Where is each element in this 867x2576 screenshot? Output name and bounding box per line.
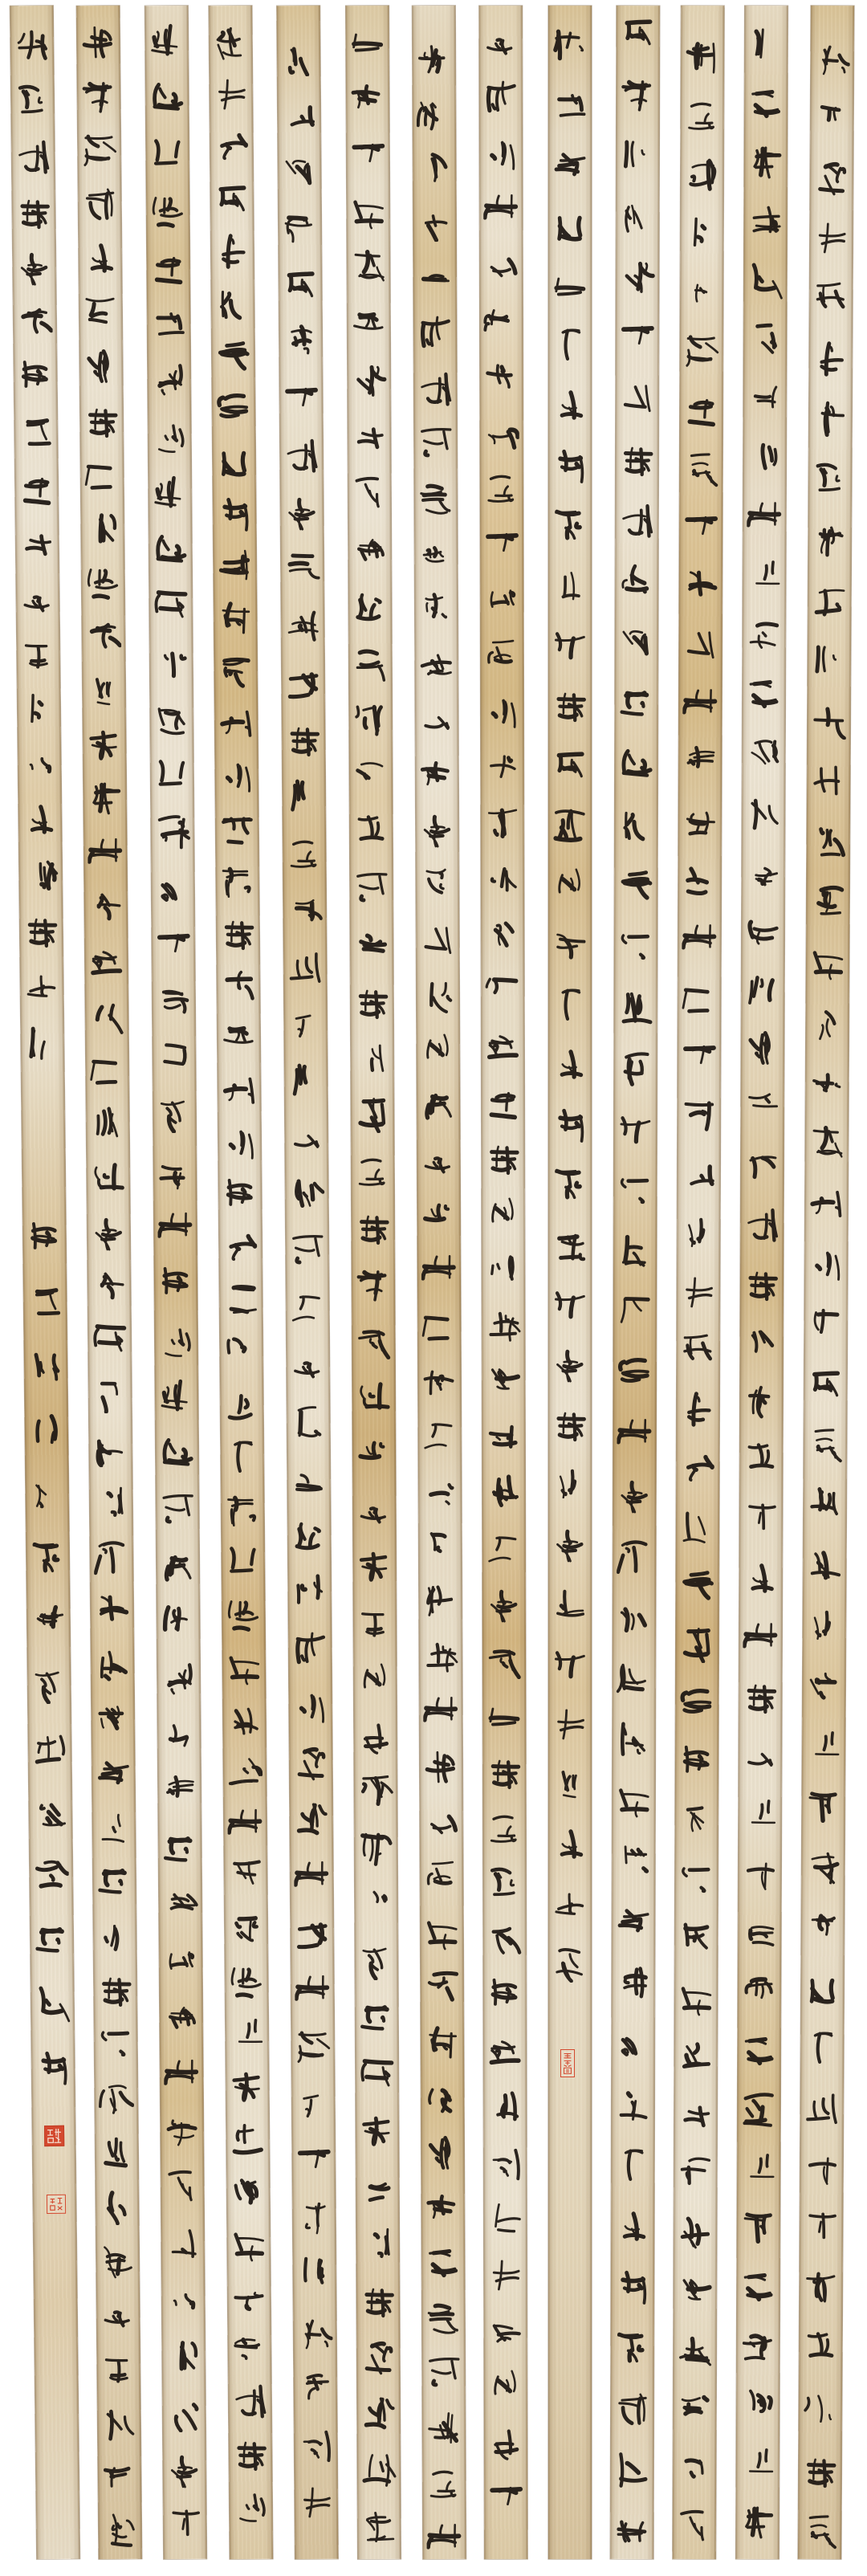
bamboo-slip: 初了也而古今遂然尝生於贫穷遇阳庙吏为去夜人为岂知多某张说作宋璟遗爱碑在文所说备实… [346,6,401,2559]
calligraphy-character: 文 [34,1922,69,1958]
calligraphy-character: 耳 [25,1023,60,1060]
calligraphy-character: 昨 [618,806,653,843]
calligraphy-character: 也 [350,137,385,173]
calligraphy-character: 以 [15,138,51,175]
calligraphy-character: 大 [746,793,781,830]
calligraphy-character: 月 [813,340,849,377]
bamboo-slip: 照人微小黛可亦镜也我比之乱豕形之法也绍圣二年正月十六日夜读东皋子传而慨然追酒恭高… [673,6,725,2559]
calligraphy-character: 不 [420,811,455,848]
calligraphy-character: 初 [486,1698,522,1734]
calligraphy-character: 乱 [161,1774,197,1811]
calligraphy-character: 不 [91,1213,126,1250]
calligraphy-character: 亦 [684,391,719,428]
calligraphy-character: 州 [484,693,519,730]
calligraphy-character: 汉 [216,442,251,479]
calligraphy-character: 往 [620,137,655,173]
calligraphy-character: 以 [417,370,453,407]
calligraphy-character: 於 [291,1517,327,1554]
calligraphy-character: 自 [487,1865,523,1902]
calligraphy-character: 出 [804,2211,839,2248]
calligraphy-character: 菽 [746,735,781,772]
calligraphy-character: 璟 [358,1718,393,1755]
calligraphy-column: 清如明左龙右虎辅之其字如菽大杂篆隶甚精妙以为轻南阳出此之为世其铜黑色如漆其背如刻… [740,26,784,2541]
calligraphy-character: 醉 [102,2513,137,2550]
calligraphy-character: 此 [615,2207,650,2244]
calligraphy-character: 寿 [484,358,519,395]
calligraphy-character: 春 [152,418,187,455]
calligraphy-character: 十 [222,1229,258,1266]
calligraphy-character: 之 [617,1416,652,1453]
calligraphy-character: 才 [420,866,455,903]
calligraphy-character: 部 [92,1376,128,1413]
calligraphy-character: 堂 [421,1086,456,1123]
calligraphy-character: 荒 [230,2121,266,2158]
calligraphy-character: 年 [681,1274,716,1310]
calligraphy-character: 尝 [677,2509,712,2545]
calligraphy-character: 瞻 [99,2080,134,2117]
calligraphy-character: 王 [228,1910,263,1947]
calligraphy-character: 文 [162,1830,197,1867]
calligraphy-character: 获 [808,1306,844,1343]
calligraphy-character: 不 [167,2452,202,2488]
calligraphy-character: 格 [287,892,323,929]
calligraphy-character: 如 [741,2268,776,2305]
calligraphy-character: 间 [552,927,588,964]
calligraphy-character: 鞅 [614,2513,649,2550]
calligraphy-character: 为 [220,915,255,952]
calligraphy-character: 吏 [354,927,389,964]
calligraphy-character: 以 [232,2382,267,2419]
calligraphy-character: 法 [89,1051,124,1088]
calligraphy-character: 遇 [353,757,389,794]
calligraphy-character: 可 [81,132,116,169]
calligraphy-character: 世 [743,1738,778,1775]
calligraphy-character: 楷 [165,2282,201,2319]
calligraphy-character: 法 [421,1307,457,1344]
calligraphy-character: 古 [351,249,386,286]
calligraphy-character: 废 [617,1660,652,1697]
calligraphy-character: 书 [552,1107,588,1143]
calligraphy-character: 楷 [22,746,57,783]
calligraphy-character: 人 [486,1809,522,1846]
calligraphy-character: 初 [350,23,385,60]
calligraphy-character: 画 [22,857,58,894]
calligraphy-character: 今 [351,306,386,343]
calligraphy-character: 庙 [426,2354,462,2391]
calligraphy-character: 清 [748,26,784,63]
calligraphy-character: 龙 [747,263,783,300]
calligraphy-character: 特 [552,1946,588,1983]
calligraphy-character: 申 [149,23,185,60]
calligraphy-character: 张 [291,1347,326,1384]
calligraphy-character: 末 [97,1917,132,1954]
calligraphy-character: 不 [17,248,52,285]
calligraphy-character: 背 [741,2209,776,2246]
calligraphy-character: 封 [153,644,189,681]
calligraphy-column: 七年十一月昨日读汉书地理志黄州乃邾为县今黄州东十五里许有邾故城而俗谓之女王城其说… [213,23,269,2525]
calligraphy-character: 黑 [742,1914,777,1951]
calligraphy-character: 长 [99,2134,134,2170]
calligraphy-character: 为 [619,441,654,478]
calligraphy-character: 以 [744,1206,779,1243]
calligraphy-character: 盖 [418,590,454,627]
calligraphy-character: 坡 [18,414,54,451]
calligraphy-character: 庙 [354,870,389,907]
calligraphy-character: 也 [296,2142,332,2179]
calligraphy-character: 世 [419,701,454,738]
calligraphy-character: 在 [157,1096,192,1133]
calligraphy-character: 收 [95,1647,130,1684]
calligraphy-character: 州 [293,1687,328,1724]
calligraphy-character: 杂 [746,852,781,889]
calligraphy-character: 日 [618,867,653,904]
calligraphy-character: 照 [685,39,720,75]
calligraphy-character: 玉 [740,2386,775,2423]
calligraphy-character: 史 [422,1417,458,1454]
calligraphy-character: 往 [812,642,847,679]
calligraphy-character: 六 [680,1509,715,1546]
calligraphy-character: 一 [283,267,318,304]
calligraphy-character: 虎 [747,381,783,418]
calligraphy-character: 年 [552,1706,588,1742]
calligraphy-character: 恐 [425,1969,460,2006]
calligraphy-character: 出 [167,2508,202,2545]
calligraphy-character: 豕 [682,803,718,840]
calligraphy-character: 后 [14,27,50,64]
calligraphy-character: 拯 [418,536,454,573]
calligraphy-character: 黄 [218,705,254,742]
seal-glyph-icon [561,2050,574,2077]
calligraphy-character: 世 [289,1119,324,1156]
calligraphy-character: 年 [813,219,849,256]
calligraphy-character: 如 [425,2244,461,2281]
red-seal-stamp [47,2195,66,2214]
calligraphy-character: 癸 [32,1730,67,1767]
calligraphy-character: 文 [96,1863,132,1900]
calligraphy-character: 其 [229,2016,264,2052]
calligraphy-character: 篇 [617,1599,652,1636]
calligraphy-character: 堂 [160,1548,195,1585]
calligraphy-character: 东 [222,1176,258,1213]
calligraphy-character: 丈 [283,324,318,361]
calligraphy-character: 自 [812,461,848,498]
calligraphy-character: 邾 [220,862,255,899]
calligraphy-character: 老 [552,1286,588,1323]
calligraphy-character: 南 [743,1384,779,1420]
calligraphy-character: 妹 [424,1804,459,1840]
calligraphy-character: 楚 [156,983,191,1020]
calligraphy-character: 实 [93,1484,128,1521]
calligraphy-character: 阳 [743,1442,779,1479]
calligraphy-character: 则 [552,507,588,544]
calligraphy-character: 于 [422,1528,458,1565]
calligraphy-character: 其 [743,1796,778,1833]
calligraphy-character: 海 [361,2395,397,2432]
calligraphy-character: 题 [28,1348,63,1385]
calligraphy-character: 所 [360,2056,395,2093]
calligraphy-character: 作 [21,635,56,672]
calligraphy-character: 尺 [807,1547,842,1584]
calligraphy-character: 市 [486,1419,521,1456]
calligraphy-character: 舟 [810,883,845,920]
calligraphy-character: 史 [486,1531,522,1567]
red-seal-stamp [44,2126,64,2146]
calligraphy-character: 大 [101,2404,136,2441]
calligraphy-character: 此 [22,801,58,838]
calligraphy-column: 吾岂可无此语甚为法中城及见说明之何至佳法当多不何所部犬实终我收破使觉文末为子瞻长… [80,23,137,2550]
calligraphy-character: 碑 [359,1887,394,1924]
calligraphy-character: 初 [552,267,588,304]
calligraphy-character: 也 [620,319,655,356]
calligraphy-character: 集 [485,749,520,786]
calligraphy-character: 色 [742,1973,777,2010]
calligraphy-character: 终 [94,1539,129,1575]
calligraphy-character: 圣 [681,1156,716,1192]
calligraphy-character: 老 [552,1646,588,1683]
calligraphy-character: 黄 [808,1185,844,1222]
calligraphy-character: 要 [161,1604,196,1641]
calligraphy-character: 左 [748,203,784,240]
calligraphy-character: 某 [421,1197,457,1234]
calligraphy-character: 刻 [740,2327,775,2364]
calligraphy-character: 多 [91,1160,126,1196]
calligraphy-character: 污 [487,1921,523,1958]
calligraphy-character: 久 [291,1460,327,1497]
calligraphy-character: 也 [156,927,191,964]
bamboo-slip: 韩非使汉初有此书则孔老为一晋宋间有此书则佛老不为二不意老年见此奇特 [548,6,592,2559]
calligraphy-character: 今 [221,1019,256,1056]
calligraphy-character: 人 [287,835,322,872]
calligraphy-character: 说 [357,1548,393,1585]
calligraphy-column: 照人微小黛可亦镜也我比之乱豕形之法也绍圣二年正月十六日夜读东皋子传而慨然追酒恭高… [677,39,720,2545]
calligraphy-character: 则 [552,1166,588,1203]
calligraphy-character: 有 [552,987,588,1024]
calligraphy-character: 出 [743,1502,779,1539]
calligraphy-character: 而 [226,1649,262,1685]
calligraphy-character: 以 [283,437,319,474]
calligraphy-character: 山 [157,1152,193,1189]
calligraphy-character: 贵 [284,551,320,588]
calligraphy-character: 直 [417,205,452,242]
calligraphy-character: 不 [552,1526,588,1563]
calligraphy-character: 书 [35,2049,71,2086]
calligraphy-character: 夫 [484,414,519,451]
calligraphy-character: 三 [487,2145,523,2182]
calligraphy-character: 学 [619,624,654,661]
calligraphy-character: 宋 [486,1196,521,1233]
calligraphy-character: 惟 [488,2312,523,2349]
calligraphy-character: 五 [223,1282,258,1319]
calligraphy-character: 称 [677,2450,712,2487]
calligraphy-character: 春 [158,1322,193,1359]
calligraphy-character: 酒 [678,2215,713,2252]
calligraphy-character: 镜 [802,2513,837,2550]
calligraphy-character: 申 [153,475,188,512]
calligraphy-character: 月 [214,233,250,270]
calligraphy-character: 其 [806,1728,841,1765]
calligraphy-character: 终 [617,1538,652,1575]
bamboo-slip: 七年十一月昨日读汉书地理志黄州乃邾为县今黄州东十五里许有邾故城而俗谓之女王城其说… [209,6,273,2559]
calligraphy-character: 之 [294,1858,329,1895]
calligraphy-character: 甚 [83,348,119,385]
calligraphy-character: 云 [805,1909,841,1946]
calligraphy-character: 物 [295,1915,330,1952]
calligraphy-character: 吾 [80,23,116,60]
calligraphy-character: 贫 [352,645,388,682]
calligraphy-character: 人 [355,1152,390,1189]
calligraphy-character: 尝 [352,475,387,512]
calligraphy-character: 免 [417,39,452,76]
calligraphy-character: 秋 [34,1857,69,1894]
calligraphy-character: 之 [88,835,123,872]
calligraphy-character: 卯 [33,1794,68,1831]
calligraphy-character: 慨 [678,2038,714,2075]
calligraphy-character: 唐 [230,2173,266,2210]
calligraphy-character: 张 [100,2296,136,2333]
calligraphy-character: 但 [423,1638,458,1675]
calligraphy-character: 船 [486,1474,522,1511]
calligraphy-character: 致 [288,1005,324,1042]
calligraphy-character: 战 [616,1964,651,2001]
calligraphy-character: 生 [352,532,388,569]
calligraphy-character: 一 [552,747,588,784]
calligraphy-character: 周 [807,1486,842,1523]
calligraphy-character: 备 [360,2169,395,2206]
calligraphy-character: 意 [552,1586,588,1623]
calligraphy-character: 不 [284,494,320,531]
calligraphy-character: 某 [356,1435,392,1472]
calligraphy-character: 时 [615,2086,650,2123]
calligraphy-character: 尝 [165,2169,200,2206]
calligraphy-character: 夜 [679,1626,714,1663]
calligraphy-character: 解 [617,1294,653,1331]
calligraphy-character: 然 [352,418,387,455]
calligraphy-character: 汉 [804,1969,840,2006]
calligraphy-character: 读 [617,1355,653,1392]
calligraphy-character: 明 [740,2505,775,2541]
calligraphy-character: 宗 [419,646,454,683]
red-seal-stamp [560,2049,575,2077]
calligraphy-character: 著 [289,1176,324,1213]
calligraphy-character: 史 [290,1290,325,1327]
calligraphy-character: 比 [620,380,655,417]
calligraphy-character: 庭 [487,2089,523,2126]
calligraphy-character: 業 [485,916,520,953]
calligraphy-character: 州 [219,757,254,794]
calligraphy-character: 璟 [488,2423,523,2460]
calligraphy-character: 子 [98,2025,133,2062]
calligraphy-character: 曰 [422,1473,458,1510]
calligraphy-character: 谬 [100,2242,135,2279]
calligraphy-character: 铜 [804,2150,839,2187]
calligraphy-character: 其 [747,557,782,594]
calligraphy-character: 无 [82,185,117,222]
calligraphy-character: 子 [617,1172,653,1209]
calligraphy-character: 夜 [355,1096,390,1133]
calligraphy-character: 岂 [621,75,656,112]
calligraphy-character: 齐 [812,521,848,558]
calligraphy-character: 为 [486,1139,521,1176]
calligraphy-character: 生 [164,1999,199,2036]
calligraphy-character: 微 [684,156,719,193]
calligraphy-character: 寸 [806,1668,841,1705]
calligraphy-character: 如 [748,85,784,122]
calligraphy-character: 月 [680,1391,715,1428]
calligraphy-character: 东 [679,1744,714,1781]
calligraphy-bamboo-slips-artwork: 后自以为不及东坡亦然张作小楷此画为奇耳 东坡题跋数则岁在癸卯秋文龙书 吾岂可无此… [0,0,867,2576]
calligraphy-character: 岂 [81,77,116,114]
calligraphy-character: 爱 [358,1830,393,1867]
calligraphy-character: 宋 [488,2368,523,2405]
calligraphy-character: 亭 [811,763,846,800]
calligraphy-character: 老 [617,1111,653,1148]
calligraphy-character: 女 [228,1858,263,1895]
calligraphy-character: 书 [615,2268,650,2305]
calligraphy-character: 君 [153,532,188,569]
calligraphy-character: 不 [486,1586,522,1623]
calligraphy-character: 镜 [683,450,718,487]
calligraphy-character: 坡 [27,1284,63,1321]
calligraphy-character: 庙 [160,1491,195,1528]
calligraphy-character: 遗 [358,1774,393,1811]
calligraphy-character: 经 [232,2330,267,2367]
calligraphy-character: 人 [484,470,519,507]
calligraphy-character: 致 [295,2085,331,2122]
calligraphy-character: 二 [552,1466,588,1503]
calligraphy-character: 为 [23,912,59,949]
calligraphy-character: 一 [621,14,656,51]
calligraphy-column: 张广州之妹仁寿夫人也言宾州集珠矣業极至亦为宋诏但恭市船史不知初为人自污东至庭三百… [483,23,524,2517]
calligraphy-character: 有 [552,327,588,364]
calligraphy-character: 二 [681,1215,716,1252]
calligraphy-character: 当 [90,1106,125,1143]
calligraphy-character: 州 [222,1124,257,1161]
calligraphy-character: 孔 [552,567,588,604]
calligraphy-character: 善 [287,948,323,985]
calligraphy-character: 草 [102,2458,137,2495]
calligraphy-character: 书 [217,495,252,532]
signature-inscription: 东坡题跋数则岁在癸卯秋文龙书 [26,1221,71,2086]
bamboo-slip: 若圣学真一丈也以不贵道物为达人格善致达世著庙史张公久於卿广州四海之物之可致也呜呼… [277,6,339,2559]
calligraphy-character: 读 [216,390,251,427]
calligraphy-character: 里 [224,1334,259,1371]
calligraphy-character: 广 [417,315,453,352]
calligraphy-character: 非 [151,306,186,343]
calligraphy-character: 右 [747,321,783,358]
calligraphy-character: 元 [297,2313,332,2350]
calligraphy-character: 张 [483,23,519,60]
calligraphy-character: 为 [744,1266,779,1302]
calligraphy-character: 俗 [226,1701,262,1738]
calligraphy-character: 之 [682,686,718,723]
calligraphy-character: 亦 [485,1084,520,1121]
calligraphy-character: 为 [360,2282,396,2319]
calligraphy-character: 符 [298,2370,333,2407]
calligraphy-character: 东 [26,1221,62,1257]
calligraphy-character: 使 [96,1755,131,1791]
calligraphy-character: 为 [233,2435,268,2472]
calligraphy-character: 而 [351,193,386,230]
calligraphy-character: 江 [166,2395,201,2432]
bamboo-slip: 申君故城亦非是春申君所封邑故吴国也楚诸在山之东春申君庙堂要是乎乱文来言生之家尝汤… [144,6,206,2559]
calligraphy-character: 恭 [678,2273,713,2310]
calligraphy-character: 国 [155,870,190,907]
calligraphy-character: 何 [92,1268,127,1305]
bamboo-slip: 元丰四年正月余自齐安往岐亭泛舟而还过古黄州获一镜周尺二寸其背铭云汉有善铜出丹阳取… [798,6,854,2559]
calligraphy-character: 之 [743,1620,778,1657]
calligraphy-character: 其 [741,2150,776,2187]
calligraphy-character: 邦 [417,149,452,186]
